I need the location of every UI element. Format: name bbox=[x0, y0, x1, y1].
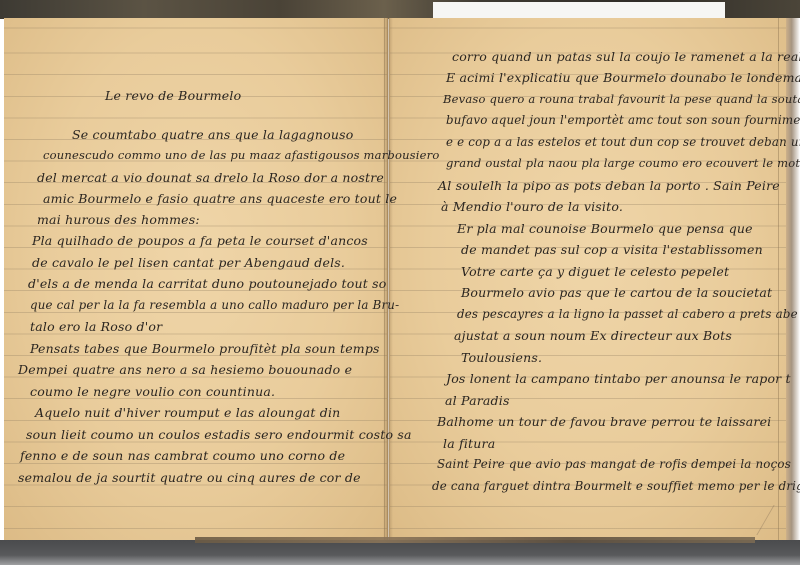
text-line: de cana farguet dintra Bourmelt e souffi… bbox=[432, 479, 800, 493]
page-title: Le revo de Bourmelo bbox=[105, 88, 241, 103]
text-line: semalou de ja sourtit quatre ou cinq aur… bbox=[18, 470, 361, 485]
text-line: Votre carte ça y diguet le celesto pepel… bbox=[461, 264, 729, 279]
text-line: soun lieit coumo un coulos estadis sero … bbox=[26, 427, 412, 442]
text-line: Bevaso quero a rouna trabal favourit la … bbox=[443, 92, 800, 106]
text-line: coumo le negre voulio con countinua. bbox=[30, 384, 275, 399]
text-line: Bourmelo avio pas que le cartou de la so… bbox=[461, 285, 772, 300]
text-line: que cal per la la fa resembla a uno call… bbox=[30, 298, 399, 312]
text-line: d'els a de menda la carritat duno poutou… bbox=[28, 276, 386, 291]
text-line: mai hurous des hommes: bbox=[37, 212, 200, 227]
text-line: Se coumtabo quatre ans que la lagagnouso bbox=[72, 127, 353, 142]
text-line: des pescayres a la ligno la passet al ca… bbox=[457, 307, 798, 321]
text-line: Al soulelh la pipo as pots deban la port… bbox=[438, 178, 780, 193]
text-line: ajustat a soun noum Ex directeur aux Bot… bbox=[454, 328, 732, 343]
text-line: e e cop a a las estelos et tout dun cop … bbox=[446, 135, 800, 149]
text-line: Jos lonent la campano tintabo per anouns… bbox=[446, 371, 791, 386]
text-line: bufavo aquel joun l'emportèt amc tout so… bbox=[446, 113, 800, 127]
text-line: E acimi l'explicatiu que Bourmelo dounab… bbox=[446, 70, 800, 85]
text-line: Balhome un tour de favou brave perrou te… bbox=[437, 414, 771, 429]
text-line: al Paradis bbox=[445, 393, 510, 408]
text-line: talo ero la Roso d'or bbox=[30, 319, 162, 334]
text-line: amic Bourmelo e fasio quatre ans quacest… bbox=[43, 191, 397, 206]
text-line: Er pla mal counoise Bourmelo que pensa q… bbox=[457, 221, 753, 236]
text-line: corro quand un patas sul la coujo le ram… bbox=[452, 49, 800, 64]
text-line: Pensats tabes que Bourmelo proufitèt pla… bbox=[30, 341, 380, 356]
text-line: à Mendio l'ouro de la visito. bbox=[441, 199, 623, 214]
text-line: fenno e de soun nas cambrat coumo uno co… bbox=[20, 448, 345, 463]
text-line: Dempei quatre ans nero a sa hesiemo bouo… bbox=[18, 362, 352, 377]
text-line: Saint Peire que avio pas mangat de rofis… bbox=[437, 457, 791, 471]
text-line: Toulousiens. bbox=[461, 350, 542, 365]
text-line: de cavalo le pel lisen cantat per Abenga… bbox=[32, 255, 345, 270]
text-line: del mercat a vio dounat sa drelo la Roso… bbox=[37, 170, 384, 185]
text-line: de mandet pas sul cop a visita l'establi… bbox=[461, 242, 763, 257]
notebook-binding-bottom bbox=[195, 537, 755, 543]
text-line: Pla quilhado de poupos a fa peta le cour… bbox=[32, 233, 368, 248]
background-surface bbox=[0, 540, 800, 565]
text-line: la fitura bbox=[443, 436, 495, 451]
text-line: counescudo commo uno de las pu maaz afas… bbox=[43, 148, 440, 162]
text-line: grand oustal pla naou pla large coumo er… bbox=[446, 156, 800, 170]
text-line: Aquelo nuit d'hiver roumput e las aloung… bbox=[35, 405, 340, 420]
